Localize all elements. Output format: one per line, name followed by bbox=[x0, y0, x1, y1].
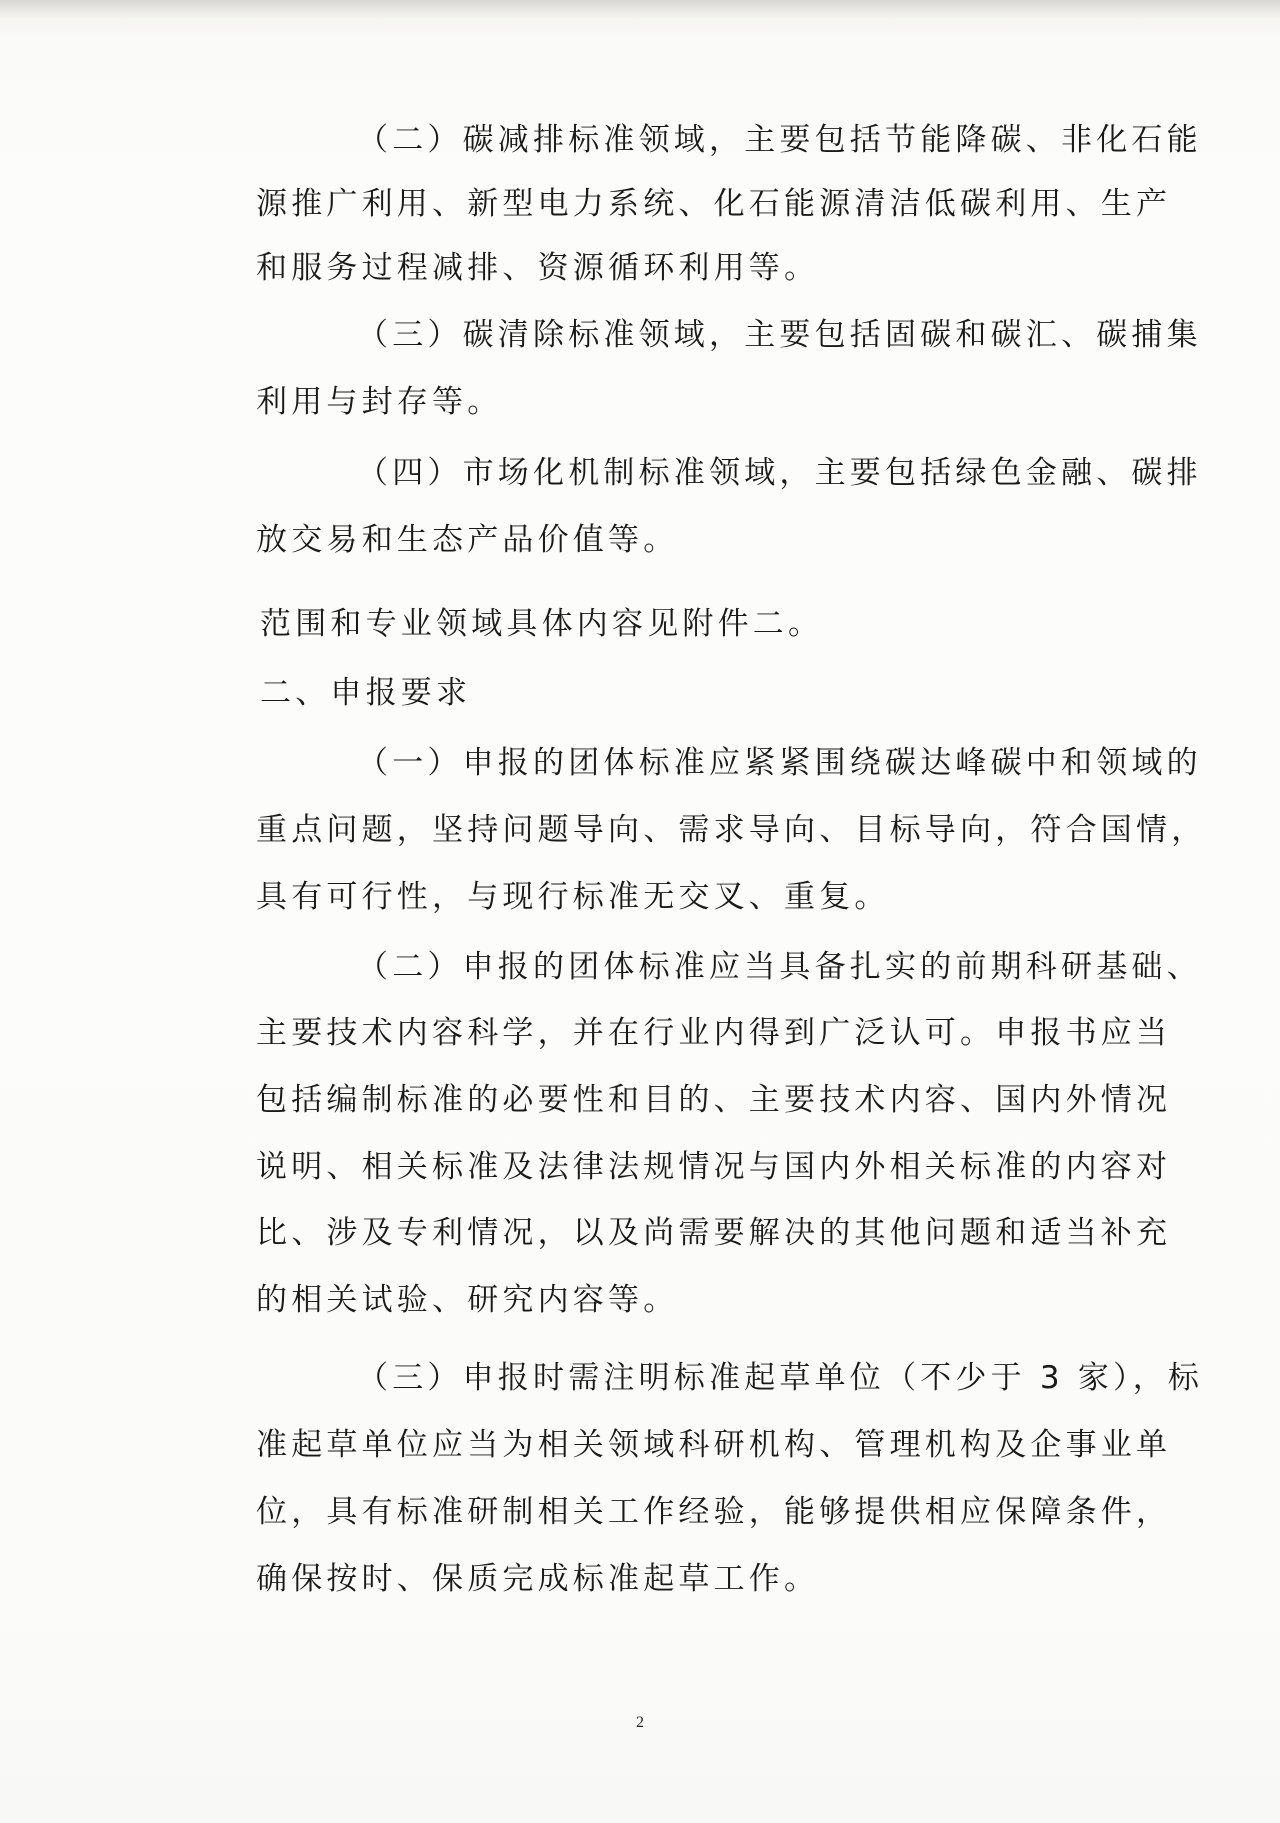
paragraph-requirement-2-line-2: 主要技术内容科学，并在行业内得到广泛认可。申报书应当 bbox=[256, 1018, 1171, 1049]
scan-edge-shadow bbox=[0, 0, 1280, 18]
paragraph-requirement-2-line-6: 的相关试验、研究内容等。 bbox=[256, 1285, 678, 1316]
paragraph-scope-note: 范围和专业领域具体内容见附件二。 bbox=[260, 609, 823, 640]
paragraph-requirement-1-line-1: （一）申报的团体标准应紧紧围绕碳达峰碳中和领域的 bbox=[357, 748, 1202, 779]
paragraph-requirement-1-line-2: 重点问题，坚持问题导向、需求导向、目标导向，符合国情， bbox=[256, 815, 1206, 846]
paragraph-requirement-3-line-3: 位，具有标准研制相关工作经验，能够提供相应保障条件， bbox=[256, 1497, 1171, 1528]
paragraph-carbon-reduction-line-1: （二）碳减排标准领域，主要包括节能降碳、非化石能 bbox=[357, 125, 1202, 156]
paragraph-requirement-2-line-3: 包括编制标准的必要性和目的、主要技术内容、国内外情况 bbox=[256, 1085, 1171, 1116]
section-heading-requirements: 二、申报要求 bbox=[260, 678, 471, 709]
page-number: 2 bbox=[0, 1714, 1280, 1732]
paragraph-carbon-reduction-line-3: 和服务过程减排、资源循环利用等。 bbox=[256, 253, 819, 284]
paragraph-requirement-2-line-5: 比、涉及专利情况，以及尚需要解决的其他问题和适当补充 bbox=[256, 1218, 1171, 1249]
paragraph-requirement-3-line-4: 确保按时、保质完成标准起草工作。 bbox=[256, 1564, 819, 1595]
paragraph-requirement-2-line-4: 说明、相关标准及法律法规情况与国内外相关标准的内容对 bbox=[256, 1152, 1171, 1183]
paragraph-carbon-removal-line-2: 利用与封存等。 bbox=[256, 387, 502, 418]
paragraph-carbon-reduction-line-2: 源推广利用、新型电力系统、化石能源清洁低碳利用、生产 bbox=[256, 189, 1171, 220]
paragraph-requirement-3-line-1: （三）申报时需注明标准起草单位（不少于 3 家），标 bbox=[357, 1363, 1203, 1394]
paragraph-carbon-removal-line-1: （三）碳清除标准领域，主要包括固碳和碳汇、碳捕集 bbox=[357, 320, 1202, 351]
paragraph-requirement-1-line-3: 具有可行性，与现行标准无交叉、重复。 bbox=[256, 882, 890, 913]
paragraph-market-mechanism-line-2: 放交易和生态产品价值等。 bbox=[256, 525, 678, 556]
paragraph-market-mechanism-line-1: （四）市场化机制标准领域，主要包括绿色金融、碳排 bbox=[357, 458, 1202, 489]
paragraph-requirement-3-line-2: 准起草单位应当为相关领域科研机构、管理机构及企事业单 bbox=[256, 1430, 1171, 1461]
document-page: （二）碳减排标准领域，主要包括节能降碳、非化石能 源推广利用、新型电力系统、化石… bbox=[0, 0, 1280, 1823]
paragraph-requirement-2-line-1: （二）申报的团体标准应当具备扎实的前期科研基础、 bbox=[357, 952, 1202, 983]
